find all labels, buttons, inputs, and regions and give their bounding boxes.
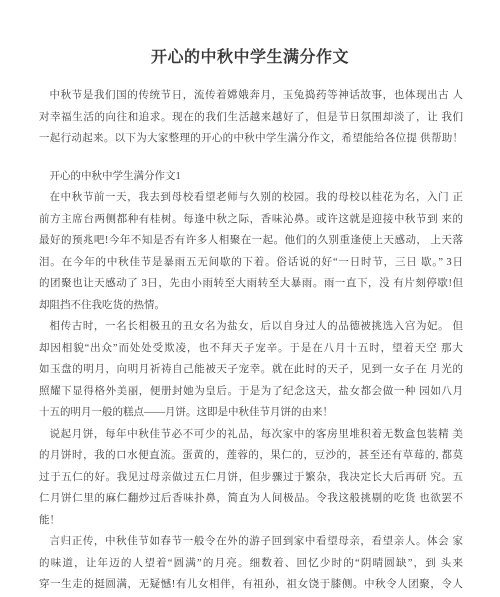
text-line: 仁月饼仁里的麻仁翻炒过后香味扑鼻，简直为人间极品。令我这般挑剔的吃货 也欲罢不 [39,488,463,510]
text-line: 在中秋节前一天，我去到母校看望老师与久别的校园。我的母校以桂花为名，入门 正 [39,187,463,209]
text-line: 过于五仁的好。我见过母亲做过五仁月饼，但步骤过于繁杂，我决定长大后再研 究。五 [39,467,463,489]
section-heading: 开心的中秋中学生满分作文1 [39,166,463,188]
text-line: 穿一生走的挺圆满，无疑憾!有儿女相伴，有祖孙，祖女饶于膝侧。中秋令人团聚，令人 [39,574,463,596]
text-line: 十五的明月一般的糕点——月饼。这即是中秋佳节月饼的由来！ [39,402,463,424]
document-body: 中秋节是我们国的传统节日，流传着嫦娥奔月，玉兔捣药等神话故事，也体现出古 人对幸… [0,85,500,596]
text-line: 照耀下显得格外美丽，便册封她为皇后。于是为了纪念这天，盐女都会做一种 园如八月 [39,381,463,403]
text-line: 中秋节是我们国的传统节日，流传着嫦娥奔月，玉兔捣药等神话故事，也体现出古 人 [39,85,463,107]
text-line: 能！ [39,510,463,532]
text-line: 的团聚也让天感动了 3日，先由小雨转至大雨转至大暴雨。雨一直下，没 有片刻停歇!… [39,273,463,295]
text-line: 说起月饼，每年中秋佳节必不可少的礼品，每次家中的客房里堆积着无数盒包装精 美 [39,424,463,446]
text-line: 相传古时，一名长相极丑的丑女名为盐女，后以自身过人的品德被挑选入宫为妃。 但 [39,316,463,338]
text-line: 前方主席台两侧都种有桂树。每逢中秋之际，香味沁鼻。或许这就是迎接中秋节到 来的 [39,209,463,231]
paragraph: 中秋节是我们国的传统节日，流传着嫦娥奔月，玉兔捣药等神话故事，也体现出古 人对幸… [39,85,463,150]
document-title: 开心的中秋中学生满分作文 [0,0,500,68]
text-line: 却阻挡不住我吃货的热情。 [39,295,463,317]
paragraph: 在中秋节前一天，我去到母校看望老师与久别的校园。我的母校以桂花为名，入门 正前方… [39,187,463,316]
paragraph: 相传古时，一名长相极丑的丑女名为盐女，后以自身过人的品德被挑选入宫为妃。 但却因… [39,316,463,424]
paragraph: 言归正传，中秋佳节如春节一般令在外的游子回到家中看望母亲，看望亲人。体会 家的味… [39,531,463,596]
text-line: 最好的预兆吧!今年不知是否有许多人相聚在一起。他们的久别重逢使上天感动， 上天落 [39,230,463,252]
text-line: 却因相貌“出众”而处处受欺凌，也不拜天子宠辛。于是在八月十五时，望着天空 那大 [39,338,463,360]
text-line: 的月饼时，我的口水便直流。蛋黄的，莲蓉的，果仁的，豆沙的，甚至还有草莓的, 都莫 [39,445,463,467]
paragraph: 说起月饼，每年中秋佳节必不可少的礼品，每次家中的客房里堆积着无数盒包装精 美的月… [39,424,463,532]
document-page: 开心的中秋中学生满分作文 中秋节是我们国的传统节日，流传着嫦娥奔月，玉兔捣药等神… [0,0,500,597]
text-line: 如玉盘的明月，向明月祈祷自己能被天子宠幸。就在此时的天子，见到一女子在 月光的 [39,359,463,381]
text-line: 言归正传，中秋佳节如春节一般令在外的游子回到家中看望母亲，看望亲人。体会 家 [39,531,463,553]
section: 开心的中秋中学生满分作文1 [39,166,463,188]
text-line: 对幸福生活的向往和追求。现在的我们生活越来越好了，但是节日氛围却淡了，让 我们 [39,107,463,129]
text-line: 泪。在今年的中秋佳节是暴雨五无间歇的下着。俗话说的好“一日时节，三日 歇。” 3… [39,252,463,274]
text-line: 一起行动起来。以下为大家整理的开心的中秋中学生满分作文，希望能给各位提 供帮助！ [39,128,463,150]
text-line: 的味道，让年迈的人望着“圆满”的月亮。细数着、回忆少时的“阴晴圆缺”，到 头来 [39,553,463,575]
